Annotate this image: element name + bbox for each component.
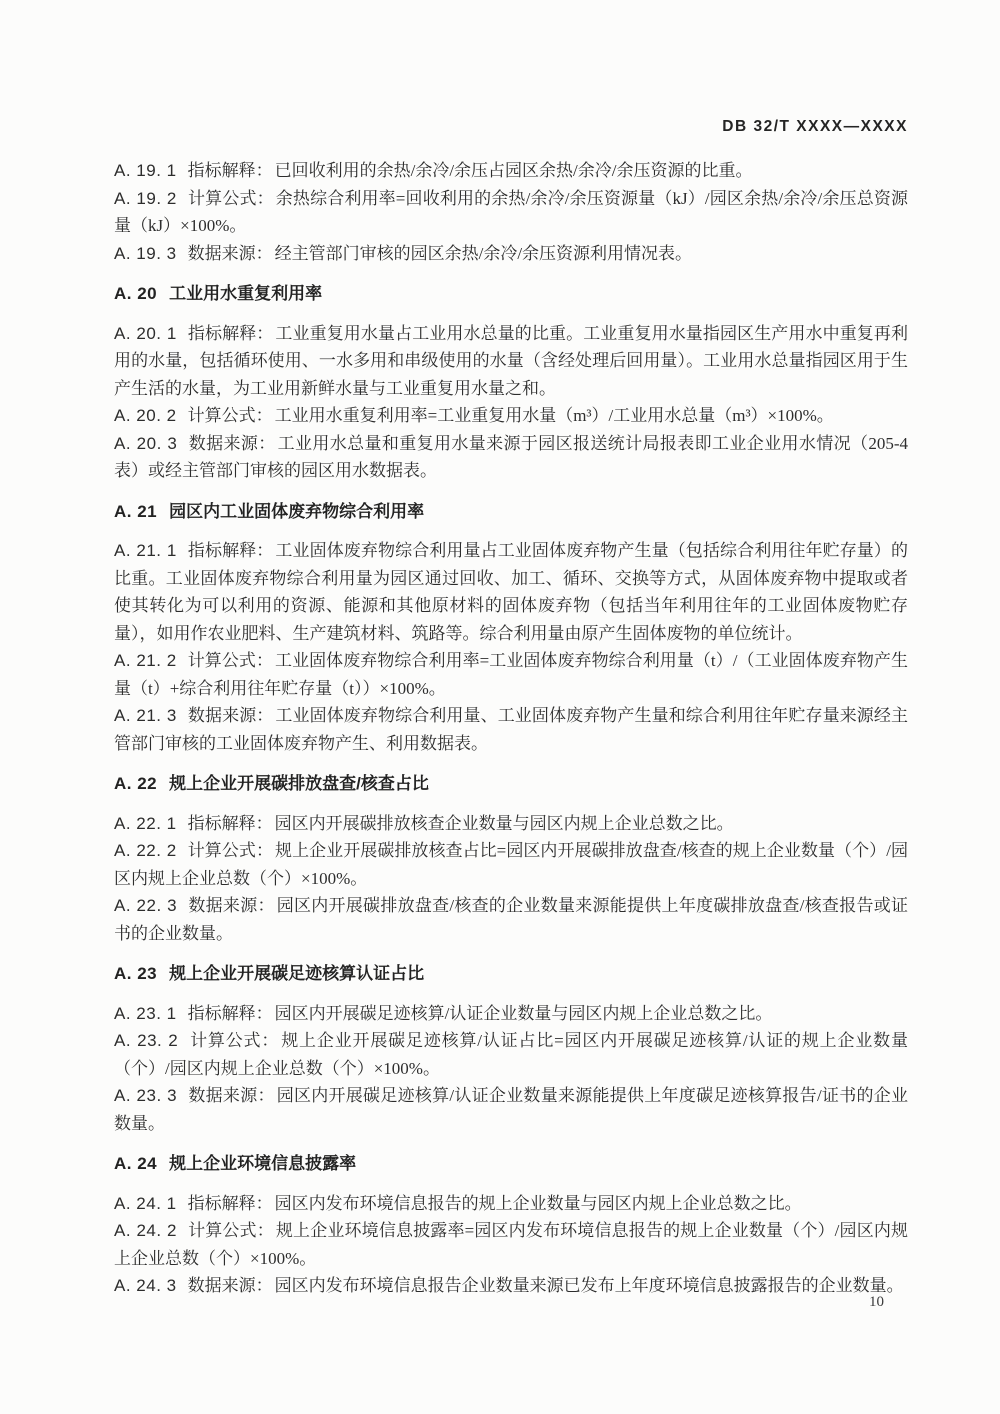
clause-a23-2: A. 23. 2计算公式：规上企业开展碳足迹核算/认证占比=园区内开展碳足迹核算… <box>114 1027 908 1082</box>
clause-label: 计算公式： <box>189 1031 279 1050</box>
clause-number: A. 23. 2 <box>114 1031 178 1050</box>
clause-a24-2: A. 24. 2计算公式：规上企业环境信息披露率=园区内发布环境信息报告的规上企… <box>114 1217 908 1272</box>
clause-text: 已回收利用的余热/余冷/余压占园区余热/余冷/余压资源的比重。 <box>275 161 753 180</box>
section-number: A. 21 <box>114 502 157 521</box>
clause-number: A. 22. 3 <box>114 896 177 915</box>
clause-a20-1: A. 20. 1指标解释：工业重复用水量占工业用水总量的比重。工业重复用水量指园… <box>114 320 908 403</box>
clause-text: 园区内发布环境信息报告企业数量来源已发布上年度环境信息披露报告的企业数量。 <box>275 1276 904 1295</box>
section-heading-a23: A. 23规上企业开展碳足迹核算认证占比 <box>114 960 908 988</box>
clause-label: 数据来源： <box>188 1276 273 1295</box>
clause-label: 数据来源： <box>188 244 273 263</box>
clause-label: 计算公式： <box>188 651 273 670</box>
clause-number: A. 20. 2 <box>114 406 177 425</box>
clause-label: 计算公式： <box>188 841 273 860</box>
clause-text: 园区内发布环境信息报告的规上企业数量与园区内规上企业总数之比。 <box>275 1194 802 1213</box>
clause-number: A. 23. 3 <box>114 1086 177 1105</box>
section-title: 规上企业环境信息披露率 <box>169 1154 356 1173</box>
section-number: A. 22 <box>114 774 157 793</box>
clause-a19-1: A. 19. 1指标解释：已回收利用的余热/余冷/余压占园区余热/余冷/余压资源… <box>114 157 908 185</box>
page-number: 10 <box>869 1294 884 1311</box>
clause-number: A. 23. 1 <box>114 1004 177 1023</box>
document-body: A. 19. 1指标解释：已回收利用的余热/余冷/余压占园区余热/余冷/余压资源… <box>114 157 908 1300</box>
clause-a22-1: A. 22. 1指标解释：园区内开展碳排放核查企业数量与园区内规上企业总数之比。 <box>114 810 908 838</box>
clause-label: 指标解释： <box>188 1004 273 1023</box>
clause-number: A. 19. 1 <box>114 161 177 180</box>
section-number: A. 24 <box>114 1154 157 1173</box>
clause-text: 园区内开展碳足迹核算/认证企业数量与园区内规上企业总数之比。 <box>275 1004 773 1023</box>
clause-label: 指标解释： <box>188 814 273 833</box>
section-heading-a20: A. 20工业用水重复利用率 <box>114 280 908 308</box>
clause-a20-3: A. 20. 3数据来源：工业用水总量和重复用水量来源于园区报送统计局报表即工业… <box>114 430 908 485</box>
clause-a21-3: A. 21. 3数据来源：工业固体废弃物综合利用量、工业固体废弃物产生量和综合利… <box>114 702 908 757</box>
clause-number: A. 22. 1 <box>114 814 177 833</box>
clause-label: 指标解释： <box>188 541 274 560</box>
clause-text: 工业用水重复利用率=工业重复用水量（m³）/工业用水总量（m³）×100%。 <box>275 406 834 425</box>
clause-a21-2: A. 21. 2计算公式：工业固体废弃物综合利用率=工业固体废弃物综合利用量（t… <box>114 647 908 702</box>
clause-number: A. 21. 1 <box>114 541 177 560</box>
document-standard-number: DB 32/T XXXX—XXXX <box>722 118 908 136</box>
section-number: A. 23 <box>114 964 157 983</box>
clause-number: A. 20. 3 <box>114 434 177 453</box>
section-title: 规上企业开展碳排放盘查/核查占比 <box>169 774 429 793</box>
clause-number: A. 24. 3 <box>114 1276 177 1295</box>
clause-number: A. 21. 3 <box>114 706 177 725</box>
clause-label: 指标解释： <box>188 161 273 180</box>
clause-a23-1: A. 23. 1指标解释：园区内开展碳足迹核算/认证企业数量与园区内规上企业总数… <box>114 1000 908 1028</box>
clause-label: 数据来源： <box>188 1086 275 1105</box>
section-title: 规上企业开展碳足迹核算认证占比 <box>169 964 424 983</box>
clause-text: 经主管部门审核的园区余热/余冷/余压资源利用情况表。 <box>275 244 692 263</box>
clause-a19-3: A. 19. 3数据来源：经主管部门审核的园区余热/余冷/余压资源利用情况表。 <box>114 240 908 268</box>
clause-label: 计算公式： <box>188 189 274 208</box>
clause-number: A. 22. 2 <box>114 841 177 860</box>
clause-a22-3: A. 22. 3数据来源：园区内开展碳排放盘查/核查的企业数量来源能提供上年度碳… <box>114 892 908 947</box>
clause-a24-3: A. 24. 3数据来源：园区内发布环境信息报告企业数量来源已发布上年度环境信息… <box>114 1272 908 1300</box>
clause-number: A. 20. 1 <box>114 324 177 343</box>
clause-text: 园区内开展碳排放核查企业数量与园区内规上企业总数之比。 <box>275 814 734 833</box>
clause-number: A. 24. 1 <box>114 1194 177 1213</box>
clause-number: A. 21. 2 <box>114 651 177 670</box>
clause-a24-1: A. 24. 1指标解释：园区内发布环境信息报告的规上企业数量与园区内规上企业总… <box>114 1190 908 1218</box>
clause-a19-2: A. 19. 2计算公式：余热综合利用率=回收利用的余热/余冷/余压资源量（kJ… <box>114 185 908 240</box>
clause-a23-3: A. 23. 3数据来源：园区内开展碳足迹核算/认证企业数量来源能提供上年度碳足… <box>114 1082 908 1137</box>
document-page: DB 32/T XXXX—XXXX A. 19. 1指标解释：已回收利用的余热/… <box>0 0 1000 1414</box>
clause-label: 指标解释： <box>188 1194 273 1213</box>
clause-a22-2: A. 22. 2计算公式：规上企业开展碳排放核查占比=园区内开展碳排放盘查/核查… <box>114 837 908 892</box>
section-heading-a21: A. 21园区内工业固体废弃物综合利用率 <box>114 498 908 526</box>
clause-label: 计算公式： <box>188 1221 274 1240</box>
clause-number: A. 19. 3 <box>114 244 177 263</box>
clause-number: A. 24. 2 <box>114 1221 177 1240</box>
section-number: A. 20 <box>114 284 157 303</box>
clause-label: 计算公式： <box>188 406 273 425</box>
section-title: 园区内工业固体废弃物综合利用率 <box>169 502 424 521</box>
clause-number: A. 19. 2 <box>114 189 177 208</box>
clause-a21-1: A. 21. 1指标解释：工业固体废弃物综合利用量占工业固体废弃物产生量（包括综… <box>114 537 908 647</box>
clause-label: 指标解释： <box>188 324 274 343</box>
section-heading-a22: A. 22规上企业开展碳排放盘查/核查占比 <box>114 770 908 798</box>
section-title: 工业用水重复利用率 <box>169 284 322 303</box>
clause-label: 数据来源： <box>188 706 274 725</box>
clause-label: 数据来源： <box>188 896 275 915</box>
section-heading-a24: A. 24规上企业环境信息披露率 <box>114 1150 908 1178</box>
clause-label: 数据来源： <box>188 434 275 453</box>
clause-a20-2: A. 20. 2计算公式：工业用水重复利用率=工业重复用水量（m³）/工业用水总… <box>114 402 908 430</box>
